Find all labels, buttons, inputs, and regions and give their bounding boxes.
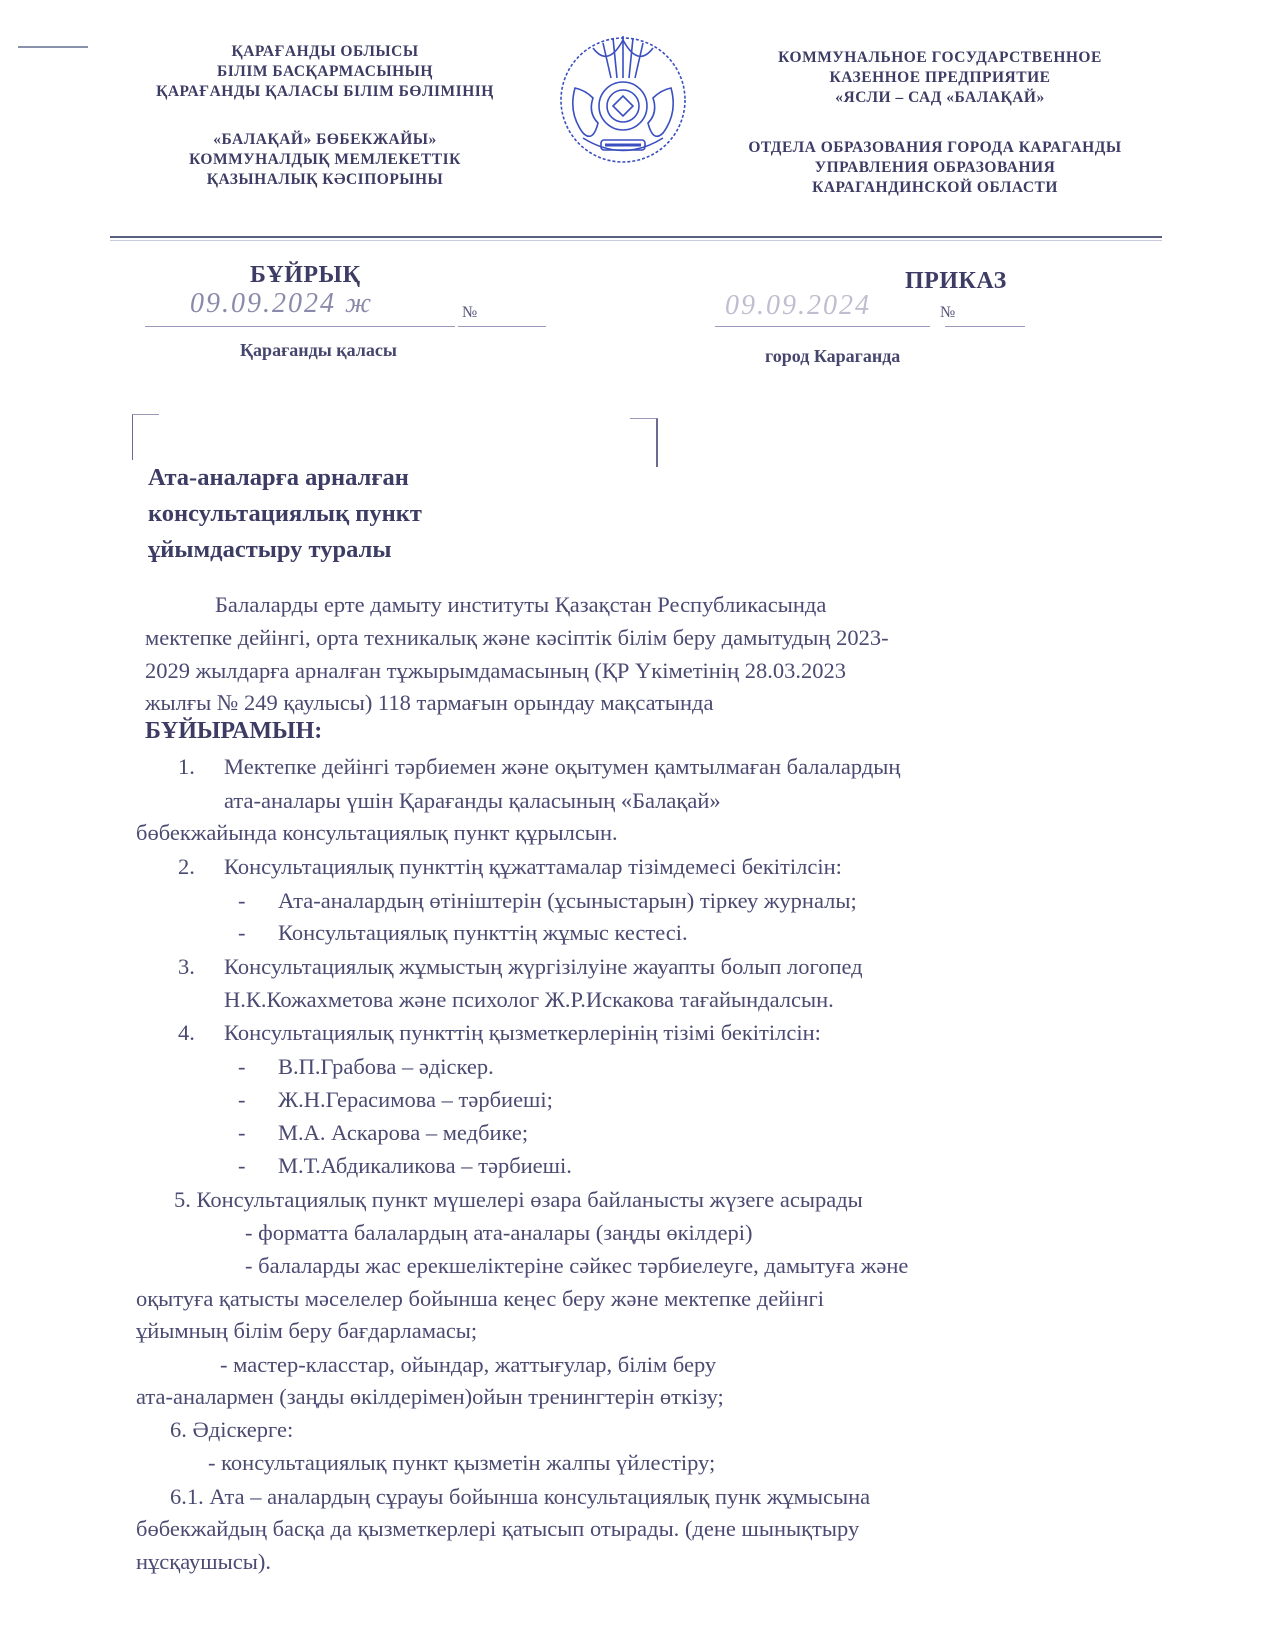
item-text: Мектепке дейінгі тәрбиемен және оқытумен… — [224, 754, 900, 779]
item-1-continuation: бөбекжайында консультациялық пункт құрыл… — [136, 818, 618, 848]
number-underline — [945, 326, 1025, 327]
sub-text: Ата-аналардың өтініштерін (ұсыныстарын) … — [278, 888, 857, 913]
item-4: 4.Консультациялық пункттің қызметкерлері… — [178, 1018, 821, 1048]
item-number: 1. — [178, 752, 224, 782]
item-3: 3.Консультациялық жұмыстың жүргізілуіне … — [178, 952, 863, 982]
header-line: БІЛІМ БАСҚАРМАСЫНЫҢ — [110, 62, 540, 82]
item-text: Консультациялық пункттің қызметкерлеріні… — [224, 1020, 821, 1045]
preamble-line: Балаларды ерте дамыту институты Қазақста… — [215, 590, 826, 620]
header-line: УПРАВЛЕНИЯ ОБРАЗОВАНИЯ — [700, 158, 1170, 178]
header-divider — [110, 236, 1162, 238]
item-5-sub-line: ата-аналармен (заңды өкілдерімен)ойын тр… — [136, 1382, 724, 1412]
subject-bracket-left — [132, 414, 159, 460]
item-number: 2. — [178, 852, 224, 882]
item-5-sub-line: оқытуға қатысты мәселелер бойынша кеңес … — [136, 1284, 824, 1314]
dash-bullet: - — [238, 1052, 278, 1082]
header-line: КАЗЕННОЕ ПРЕДПРИЯТИЕ — [740, 68, 1140, 88]
dash-bullet: - — [238, 918, 278, 948]
sub-text: М.Т.Абдикаликова – тәрбиеші. — [278, 1153, 572, 1178]
item-5-sub: - форматта балалардың ата-аналары (заңды… — [245, 1218, 752, 1248]
city-kz: Қарағанды қаласы — [240, 340, 397, 361]
item-text: Консультациялық жұмыстың жүргізілуіне жа… — [224, 954, 863, 979]
city-ru: город Караганда — [765, 346, 900, 367]
item-6-1: 6.1. Ата – аналардың сұрауы бойынша конс… — [170, 1482, 870, 1512]
subject-line: Ата-аналарға арналған — [148, 460, 422, 496]
order-date-kz: 09.09.2024 ж — [190, 288, 373, 320]
item-5: 5. Консультациялық пункт мүшелері өзара … — [174, 1185, 863, 1215]
header-line: ҚАРАҒАНДЫ ҚАЛАСЫ БІЛІМ БӨЛІМІНІҢ — [110, 82, 540, 102]
item-4-sub: -М.Т.Абдикаликова – тәрбиеші. — [238, 1151, 572, 1181]
item-number: 4. — [178, 1018, 224, 1048]
subject-bracket-right — [630, 418, 658, 467]
header-line: КАРАГАНДИНСКОЙ ОБЛАСТИ — [700, 178, 1170, 198]
scan-mark — [18, 46, 88, 48]
order-number-label-ru: № — [940, 304, 955, 322]
dash-bullet: - — [238, 1085, 278, 1115]
ordering-word: БҰЙЫРАМЫН: — [145, 718, 322, 745]
dash-bullet: - — [238, 1151, 278, 1181]
preamble-line: 2029 жылдарға арналған тұжырымдамасының … — [145, 656, 846, 686]
item-1-line: ата-аналары үшін Қарағанды қаласының «Ба… — [224, 786, 721, 816]
preamble-line: мектепке дейінгі, орта техникалық және к… — [145, 623, 889, 653]
sub-text: В.П.Грабова – әдіскер. — [278, 1054, 494, 1079]
order-title-kz: БҰЙРЫҚ — [250, 262, 361, 289]
item-2-sub: -Ата-аналардың өтініштерін (ұсыныстарын)… — [238, 886, 857, 916]
number-underline — [458, 326, 546, 327]
header-line: ҚАРАҒАНДЫ ОБЛЫСЫ — [110, 42, 540, 62]
header-divider-shadow — [110, 240, 1162, 241]
order-date-ru: 09.09.2024 — [725, 290, 871, 322]
item-4-sub: -Ж.Н.Герасимова – тәрбиеші; — [238, 1085, 553, 1115]
header-line: ОТДЕЛА ОБРАЗОВАНИЯ ГОРОДА КАРАГАНДЫ — [700, 138, 1170, 158]
sub-text: Ж.Н.Герасимова – тәрбиеші; — [278, 1087, 553, 1112]
preamble-line: жылғы № 249 қаулысы) 118 тармағын орында… — [145, 688, 713, 718]
item-text: Консультациялық пункттің құжаттамалар ті… — [224, 854, 842, 879]
subject-line: ұйымдастыру туралы — [148, 532, 422, 568]
header-line: «ЯСЛИ – САД «БАЛАҚАЙ» — [740, 88, 1140, 108]
header-left-org: ҚАРАҒАНДЫ ОБЛЫСЫ БІЛІМ БАСҚАРМАСЫНЫҢ ҚАР… — [110, 42, 540, 102]
header-line: «БАЛАҚАЙ» БӨБЕКЖАЙЫ» — [110, 130, 540, 150]
item-6: 6. Әдіскерге: — [170, 1415, 293, 1445]
state-emblem-icon — [553, 28, 693, 168]
item-6-1-line: нұсқаушысы). — [136, 1547, 271, 1577]
item-number: 3. — [178, 952, 224, 982]
order-subject: Ата-аналарға арналған консультациялық пу… — [148, 460, 422, 568]
header-right-enterprise: КОММУНАЛЬНОЕ ГОСУДАРСТВЕННОЕ КАЗЕННОЕ ПР… — [740, 48, 1140, 108]
header-line: ҚАЗЫНАЛЫҚ КӘСІПОРЫНЫ — [110, 170, 540, 190]
subject-line: консультациялық пункт — [148, 496, 422, 532]
item-6-1-line: бөбекжайдың басқа да қызметкерлері қатыс… — [136, 1514, 859, 1544]
header-line: КОММУНАЛДЫҚ МЕМЛЕКЕТТІК — [110, 150, 540, 170]
item-4-sub: -В.П.Грабова – әдіскер. — [238, 1052, 494, 1082]
item-5-sub: - балаларды жас ерекшеліктеріне сәйкес т… — [245, 1251, 908, 1281]
header-left-enterprise: «БАЛАҚАЙ» БӨБЕКЖАЙЫ» КОММУНАЛДЫҚ МЕМЛЕКЕ… — [110, 130, 540, 190]
sub-text: Консультациялық пункттің жұмыс кестесі. — [278, 920, 688, 945]
order-number-label-kz: № — [462, 304, 477, 322]
item-1: 1.Мектепке дейінгі тәрбиемен және оқытум… — [178, 752, 900, 782]
date-underline — [715, 326, 930, 327]
dash-bullet: - — [238, 1118, 278, 1148]
item-3-line: Н.К.Кожахметова және психолог Ж.Р.Искако… — [224, 985, 834, 1015]
item-2: 2.Консультациялық пункттің құжаттамалар … — [178, 852, 842, 882]
item-6-sub: - консультациялық пункт қызметін жалпы ү… — [208, 1448, 715, 1478]
dash-bullet: - — [238, 886, 278, 916]
item-5-sub-line: ұйымның білім беру бағдарламасы; — [136, 1316, 477, 1346]
header-right-org: ОТДЕЛА ОБРАЗОВАНИЯ ГОРОДА КАРАГАНДЫ УПРА… — [700, 138, 1170, 198]
order-title-ru: ПРИКАЗ — [905, 268, 1007, 295]
date-underline — [145, 326, 455, 327]
header-line: КОММУНАЛЬНОЕ ГОСУДАРСТВЕННОЕ — [740, 48, 1140, 68]
item-4-sub: -М.А. Аскарова – медбике; — [238, 1118, 528, 1148]
sub-text: М.А. Аскарова – медбике; — [278, 1120, 528, 1145]
item-5-sub: - мастер-класстар, ойындар, жаттығулар, … — [220, 1350, 716, 1380]
item-2-sub: -Консультациялық пункттің жұмыс кестесі. — [238, 918, 688, 948]
